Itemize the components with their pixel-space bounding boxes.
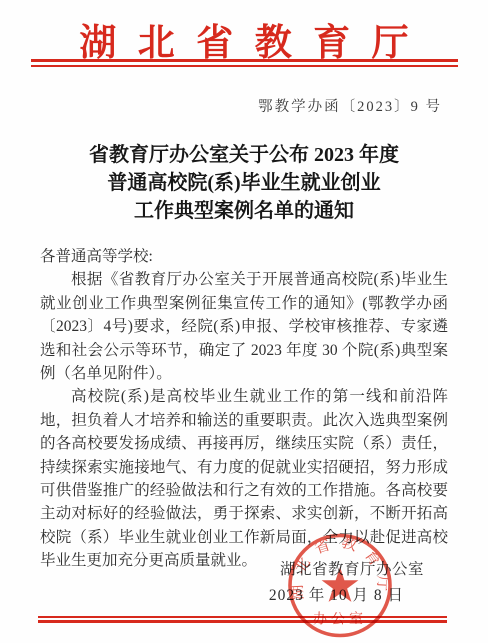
header-divider-thin-line <box>31 65 458 67</box>
document-number: 鄂教学办函〔2023〕9 号 <box>258 95 442 116</box>
header-divider <box>31 59 458 67</box>
document-body: 各普通高等学校: 根据《省教育厅办公室关于开展普通高校院(系)毕业生就业创业工作… <box>40 245 448 573</box>
document-title-line-1: 省教育厅办公室关于公布 2023 年度 <box>0 141 488 169</box>
seal-bottom-text: 办公室 <box>313 611 367 628</box>
document-title-line-3: 工作典型案例名单的通知 <box>0 197 488 225</box>
official-seal: 湖北省教育厅 办公室 <box>284 528 396 643</box>
document-title: 省教育厅办公室关于公布 2023 年度 普通高校院(系)毕业生就业创业 工作典型… <box>0 141 488 225</box>
document-title-line-2: 普通高校院(系)毕业生就业创业 <box>0 169 488 197</box>
seal-star-icon <box>322 567 359 602</box>
agency-header: 湖北省教育厅 <box>0 12 488 66</box>
official-document-page: 湖北省教育厅 鄂教学办函〔2023〕9 号 省教育厅办公室关于公布 2023 年… <box>0 0 488 643</box>
body-paragraph-1: 根据《省教育厅办公室关于开展普通高校院(系)毕业生就业创业工作典型案例征集宣传工… <box>40 268 448 385</box>
salutation: 各普通高等学校: <box>40 245 448 268</box>
